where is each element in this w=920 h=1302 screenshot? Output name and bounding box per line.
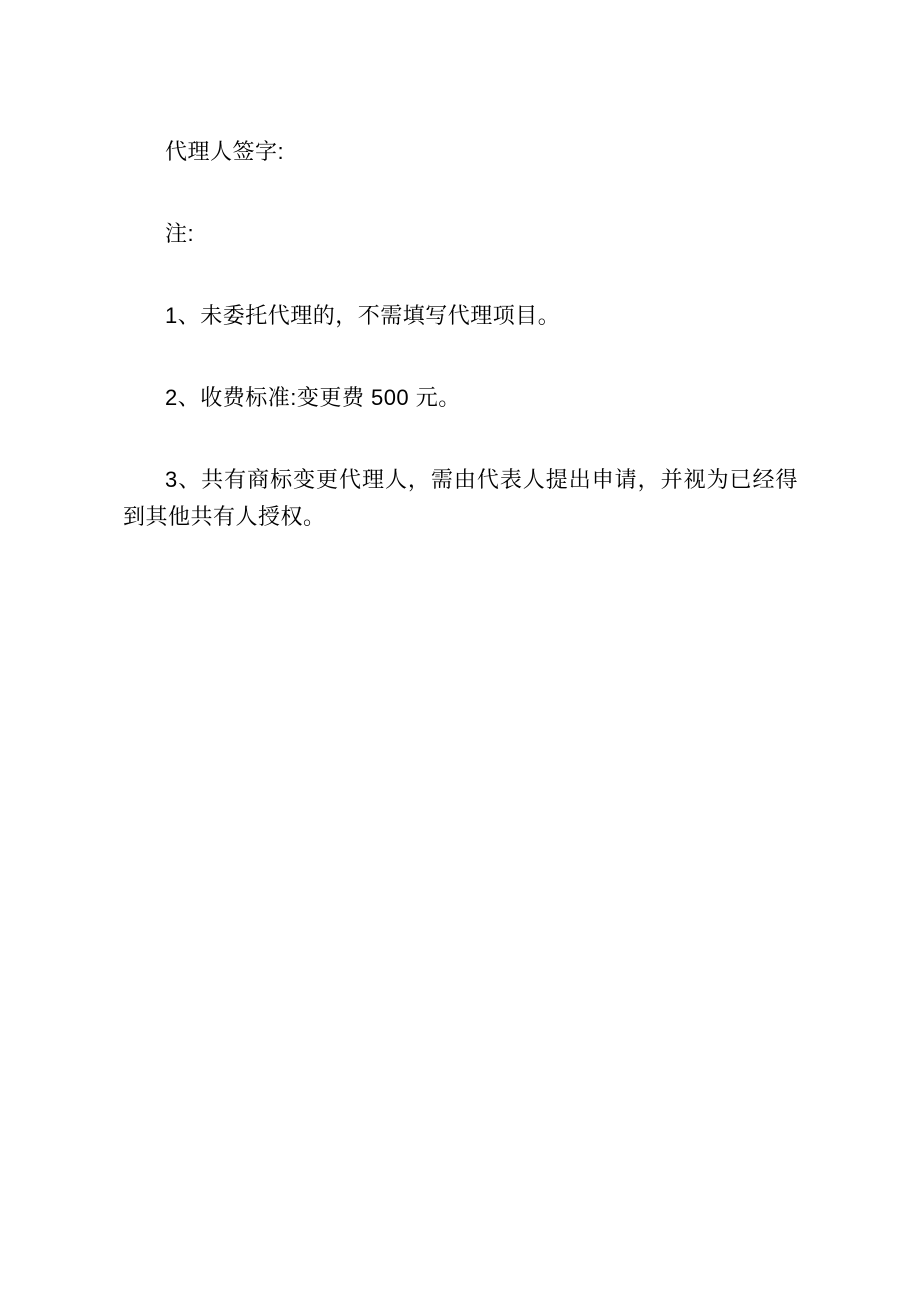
note-item-3: 3、共有商标变更代理人，需由代表人提出申请，并视为已经得到其他共有人授权。 <box>123 461 798 535</box>
note-item-2: 2、收费标准:变更费 500 元。 <box>123 379 798 416</box>
line-note-label: 注: <box>123 215 798 252</box>
document-page: 代理人签字: 注: 1、未委托代理的，不需填写代理项目。 2、收费标准:变更费 … <box>0 0 920 1302</box>
note-item-1: 1、未委托代理的，不需填写代理项目。 <box>123 297 798 334</box>
line-agent-signature: 代理人签字: <box>123 133 798 170</box>
